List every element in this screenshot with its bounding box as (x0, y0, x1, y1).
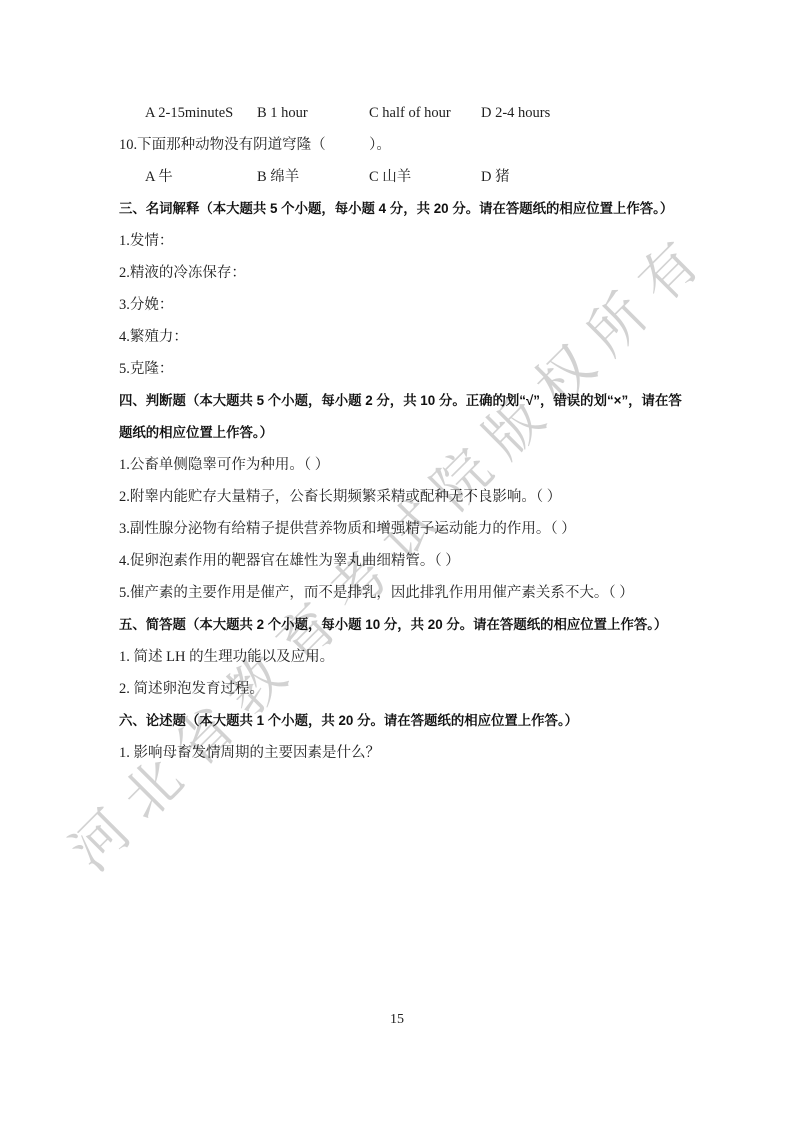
page-number: 15 (0, 1008, 794, 1032)
short-answer-item-1: 1. 简述 LH 的生理功能以及应用。 (119, 641, 685, 673)
glossary-item-4: 4.繁殖力： (119, 321, 685, 353)
glossary-item-5: 5.克隆： (119, 353, 685, 385)
option-a: A 牛 (145, 161, 257, 193)
truefalse-item-5: 5.催产素的主要作用是催产，而不是排乳，因此排乳作用用催产素关系不大。（ ） (119, 577, 685, 609)
option-c: C half of hour (369, 97, 481, 129)
truefalse-item-4: 4.促卵泡素作用的靶器官在雄性为睾丸曲细精管。（ ） (119, 545, 685, 577)
question-9-options-row: A 2-15minuteSB 1 hourC half of hourD 2-4… (119, 97, 685, 129)
document-page: 河北省教育考试院版权所有 A 2-15minuteSB 1 hourC half… (0, 0, 794, 1123)
option-a: A 2-15minuteS (145, 97, 257, 129)
glossary-item-2: 2.精液的冷冻保存： (119, 257, 685, 289)
truefalse-item-1: 1.公畜单侧隐睾可作为种用。（ ） (119, 449, 685, 481)
option-d: D 2-4 hours (481, 97, 550, 129)
short-answer-item-2: 2. 简述卵泡发育过程。 (119, 673, 685, 705)
option-c: C 山羊 (369, 161, 481, 193)
glossary-item-3: 3.分娩： (119, 289, 685, 321)
option-b: B 1 hour (257, 97, 369, 129)
glossary-item-1: 1.发情： (119, 225, 685, 257)
truefalse-item-3: 3.副性腺分泌物有给精子提供营养物质和增强精子运动能力的作用。（ ） (119, 513, 685, 545)
section-short-answer-heading: 五、简答题（本大题共 2 个小题，每小题 10 分，共 20 分。请在答题纸的相… (119, 609, 685, 641)
option-b: B 绵羊 (257, 161, 369, 193)
section-essay-heading: 六、论述题（本大题共 1 个小题，共 20 分。请在答题纸的相应位置上作答。） (119, 705, 685, 737)
section-glossary-heading: 三、名词解释（本大题共 5 个小题，每小题 4 分，共 20 分。请在答题纸的相… (119, 193, 685, 225)
exam-content: A 2-15minuteSB 1 hourC half of hourD 2-4… (119, 97, 685, 769)
question-10-options-row: A 牛B 绵羊C 山羊D 猪 (119, 161, 685, 193)
question-10-text: 10.下面那种动物没有阴道穹隆（ ）。 (119, 129, 685, 161)
option-d: D 猪 (481, 161, 510, 193)
section-truefalse-heading: 四、判断题（本大题共 5 个小题，每小题 2 分，共 10 分。正确的划“√”，… (119, 385, 685, 449)
essay-item-1: 1. 影响母畜发情周期的主要因素是什么？ (119, 737, 685, 769)
truefalse-item-2: 2.附睾内能贮存大量精子，公畜长期频繁采精或配种无不良影响。（ ） (119, 481, 685, 513)
